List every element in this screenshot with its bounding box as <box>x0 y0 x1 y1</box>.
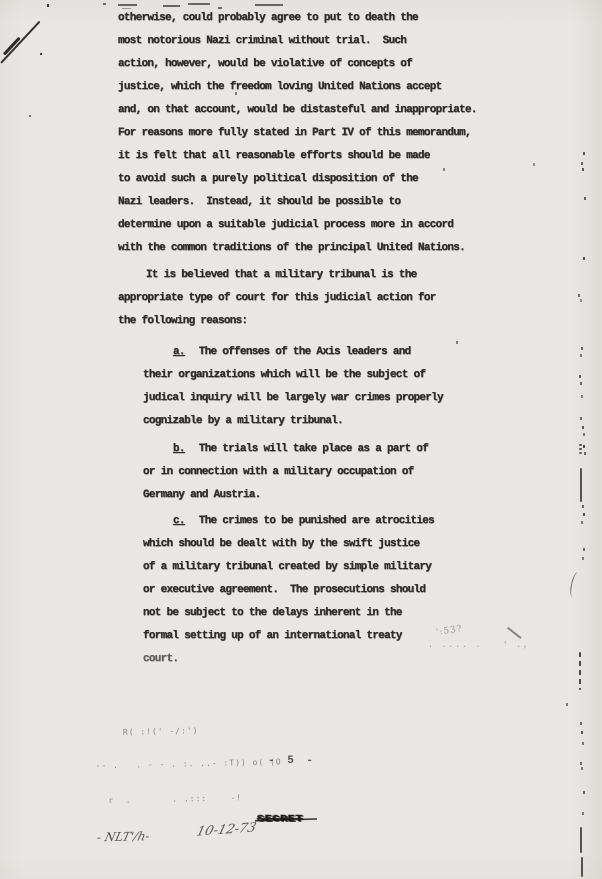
list-item-label: c. <box>173 515 185 527</box>
scan-artifact <box>29 115 31 117</box>
typed-line: Nazi leaders. Instead, it should be poss… <box>118 191 548 214</box>
stamp-line: r . . .::: -! <box>108 792 316 806</box>
pencil-slash-line <box>0 21 40 64</box>
typed-line: to avoid such a purely political disposi… <box>118 168 548 191</box>
typed-line: action, however, would be violative of c… <box>118 53 548 76</box>
pencil-slash-mark <box>0 0 70 130</box>
list-item-label: a. <box>173 346 185 358</box>
list-item-b: b.The trials will take place as a part o… <box>143 438 548 507</box>
pencil-dots: . .... . ' ., <box>428 641 530 650</box>
typed-line: a.The offenses of the Axis leaders and <box>143 341 548 364</box>
typed-line: court. <box>143 648 548 671</box>
scan-artifacts <box>0 0 2 3</box>
typed-line: It is believed that a military tribunal … <box>118 264 548 287</box>
typed-line: of a military tribunal created by simple… <box>143 556 548 579</box>
scan-artifact <box>47 4 49 7</box>
scan-artifact <box>579 652 581 690</box>
typed-line: justice, which the freedom loving United… <box>118 76 548 99</box>
scan-artifact <box>581 857 583 877</box>
typed-line: For reasons more fully stated in Part IV… <box>118 122 548 145</box>
list-item-label: b. <box>173 443 185 455</box>
scan-artifact <box>40 53 42 55</box>
typed-line: with the common traditions of the princi… <box>118 237 548 260</box>
typed-line: appropriate type of court for this judic… <box>118 287 548 310</box>
typed-line: or in connection with a military occupat… <box>143 461 548 484</box>
typed-line: judical inquiry will be largely war crim… <box>143 387 548 410</box>
scan-artifact <box>255 4 283 6</box>
typed-line: b.The trials will take place as a part o… <box>143 438 548 461</box>
typed-line: most notorious Nazi criminal without tri… <box>118 30 548 53</box>
handwritten-date: 10-12-73 <box>195 823 257 837</box>
scan-artifact <box>118 4 137 6</box>
scan-artifact <box>103 3 106 5</box>
typed-text-block: otherwise, could probably agree to put t… <box>118 7 548 671</box>
scan-artifact <box>580 827 582 853</box>
stamp-line: R( :!(' -/:') <box>123 724 315 738</box>
list-item-text: The trials will take place as a part of <box>199 443 428 455</box>
page-number: - 5 - <box>268 755 316 767</box>
scan-artifact <box>568 571 582 598</box>
typed-line: the following reasons: <box>118 310 548 333</box>
scan-artifact <box>580 468 582 502</box>
stamp-signature-row: - NLT'/h- 10-12-73 <box>97 824 317 847</box>
handwritten-initials: - NLT'/h- <box>96 831 151 842</box>
scan-artifact <box>579 444 582 446</box>
typed-line: it is felt that all reasonable efforts s… <box>118 145 548 168</box>
typed-line: Germany and Austria. <box>143 484 548 507</box>
document-page: otherwise, could probably agree to put t… <box>0 0 602 879</box>
declassification-stamp: R( :!(' -/:') -- . . - - . :. ..- :T)) o… <box>94 704 317 867</box>
list-item-a: a.The offenses of the Axis leaders and t… <box>143 341 548 433</box>
list-item-text: The offenses of the Axis leaders and <box>199 346 411 358</box>
typed-line: and, on that account, would be distastef… <box>118 99 548 122</box>
list-item-text: The crimes to be punished are atrocities <box>199 515 434 527</box>
paragraph-continuation: otherwise, could probably agree to put t… <box>118 7 548 260</box>
typed-line: cognizable by a military tribunal. <box>143 410 548 433</box>
secret-stamp: SECRET <box>257 813 303 825</box>
typed-line: c.The crimes to be punished are atrociti… <box>143 510 548 533</box>
scan-artifact <box>188 3 210 5</box>
typed-line: their organizations which will be the su… <box>143 364 548 387</box>
typed-line: or executive agreement. The prosecutions… <box>143 579 548 602</box>
paragraph-tribunal: It is believed that a military tribunal … <box>118 264 548 333</box>
typed-line: otherwise, could probably agree to put t… <box>118 7 548 30</box>
typed-line: which should be dealt with by the swift … <box>143 533 548 556</box>
typed-line: not be subject to the delays inherent in… <box>143 602 548 625</box>
typed-line: determine upon a suitable judicial proce… <box>118 214 548 237</box>
